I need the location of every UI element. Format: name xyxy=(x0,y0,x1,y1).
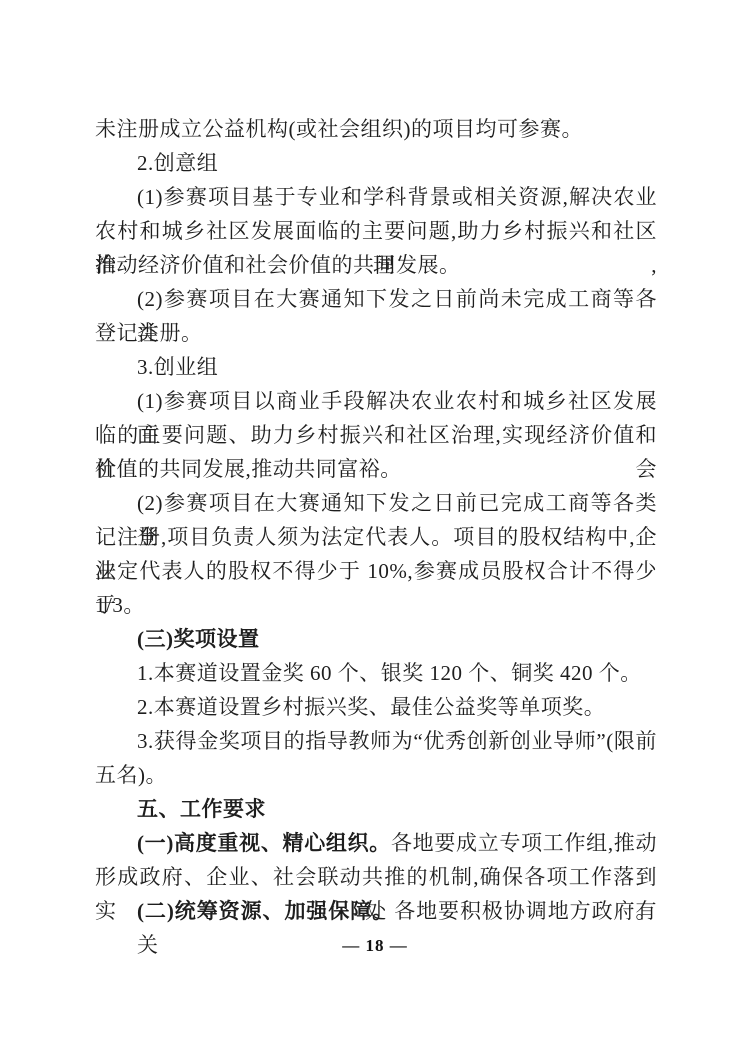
text-line: 形成政府、企业、社会联动共推的机制,确保各项工作落到实处。 xyxy=(95,860,657,894)
text-line: 农村和城乡社区发展面临的主要问题,助力乡村振兴和社区治理, xyxy=(95,214,657,248)
text-segment-body: 推动经济价值和社会价值的共同发展。 xyxy=(95,253,461,277)
text-line: 1.本赛道设置金奖 60 个、银奖 120 个、铜奖 420 个。 xyxy=(95,656,657,690)
text-line: 记注册,项目负责人须为法定代表人。项目的股权结构中,企业 xyxy=(95,520,657,554)
text-line: 临的主要问题、助力乡村振兴和社区治理,实现经济价值和社会 xyxy=(95,418,657,452)
text-segment-body: 未注册成立公益机构(或社会组织)的项目均可参赛。 xyxy=(95,117,583,141)
text-line: 法定代表人的股权不得少于 10%,参赛成员股权合计不得少于 xyxy=(95,554,657,588)
text-segment-kaiti: (一)高度重视、精心组织。 xyxy=(137,831,391,855)
text-line: (2)参赛项目在大赛通知下发之日前尚未完成工商等各类 xyxy=(95,282,657,316)
text-line: 登记注册。 xyxy=(95,316,657,350)
document-page: 未注册成立公益机构(或社会组织)的项目均可参赛。2.创意组(1)参赛项目基于专业… xyxy=(0,0,750,1061)
text-segment-body: 1.本赛道设置金奖 60 个、银奖 120 个、铜奖 420 个。 xyxy=(137,661,642,685)
text-line: (1)参赛项目以商业手段解决农业农村和城乡社区发展面 xyxy=(95,384,657,418)
page-number: — 18 — xyxy=(0,936,750,956)
text-line: 五名)。 xyxy=(95,758,657,792)
text-segment-kaiti: (三)奖项设置 xyxy=(137,627,260,651)
text-segment-body: 1/3。 xyxy=(95,593,145,617)
text-segment-body: 各地要成立专项工作组,推动 xyxy=(391,831,657,855)
text-line: 2.本赛道设置乡村振兴奖、最佳公益奖等单项奖。 xyxy=(95,690,657,724)
text-segment-body: 2.本赛道设置乡村振兴奖、最佳公益奖等单项奖。 xyxy=(137,695,605,719)
text-segment-body: 五名)。 xyxy=(95,763,167,787)
text-segment-body: 3.获得金奖项目的指导教师为“优秀创新创业导师”(限前 xyxy=(137,729,657,753)
text-line: 3.创业组 xyxy=(95,350,657,384)
text-segment-kaiti: (二)统筹资源、加强保障。 xyxy=(137,899,394,923)
text-segment-heiti: 五、工作要求 xyxy=(137,798,266,821)
text-segment-body: 登记注册。 xyxy=(95,321,203,345)
text-line: 1/3。 xyxy=(95,588,657,622)
text-segment-body: 价值的共同发展,推动共同富裕。 xyxy=(95,457,402,481)
text-segment-body: (1)参赛项目基于专业和学科背景或相关资源,解决农业 xyxy=(137,185,657,209)
text-line: (三)奖项设置 xyxy=(95,622,657,656)
text-line: 3.获得金奖项目的指导教师为“优秀创新创业导师”(限前 xyxy=(95,724,657,758)
text-line: (2)参赛项目在大赛通知下发之日前已完成工商等各类登 xyxy=(95,486,657,520)
text-line: 五、工作要求 xyxy=(95,792,657,826)
text-line: (1)参赛项目基于专业和学科背景或相关资源,解决农业 xyxy=(95,180,657,214)
text-line: 2.创意组 xyxy=(95,146,657,180)
document-body: 未注册成立公益机构(或社会组织)的项目均可参赛。2.创意组(1)参赛项目基于专业… xyxy=(95,112,657,928)
text-line: (二)统筹资源、加强保障。各地要积极协调地方政府有关 xyxy=(95,894,657,928)
text-segment-body: 3.创业组 xyxy=(137,355,218,379)
text-line: (一)高度重视、精心组织。各地要成立专项工作组,推动 xyxy=(95,826,657,860)
text-line: 未注册成立公益机构(或社会组织)的项目均可参赛。 xyxy=(95,112,657,146)
text-segment-body: 2.创意组 xyxy=(137,151,218,175)
